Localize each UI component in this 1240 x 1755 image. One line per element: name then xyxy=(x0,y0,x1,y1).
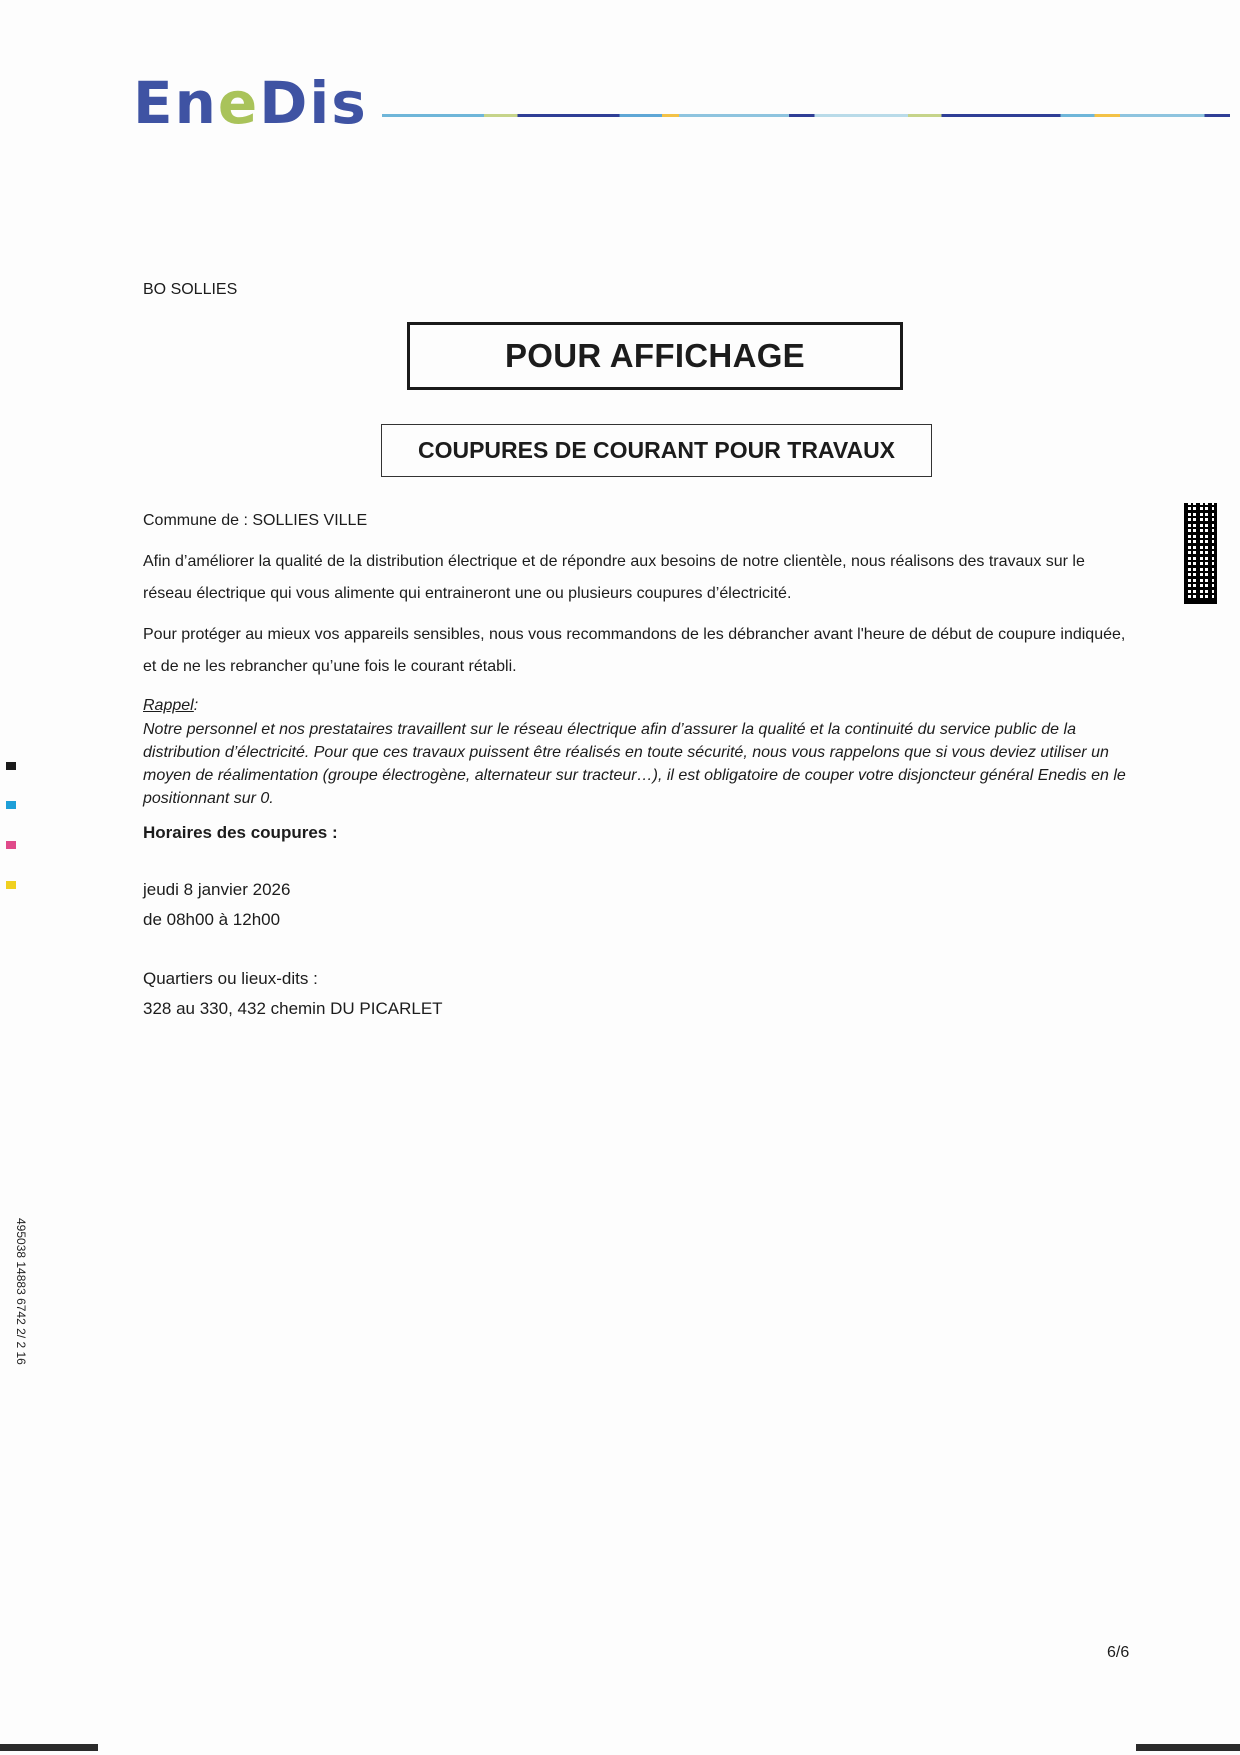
notice-title: POUR AFFICHAGE xyxy=(407,322,903,390)
side-tracking-code: 495038 14883 6742 2/ 2 16 xyxy=(6,1218,30,1418)
rappel-heading: Rappel : xyxy=(143,697,198,715)
commune-label: Commune de : SOLLIES VILLE xyxy=(143,511,367,532)
print-mark-magenta xyxy=(6,841,16,849)
locations-heading: Quartiers ou lieux-dits : xyxy=(143,969,318,989)
locations-address: 328 au 330, 432 chemin DU PICARLET xyxy=(143,999,443,1019)
notice-subtitle: COUPURES DE COURANT POUR TRAVAUX xyxy=(381,424,932,477)
schedule-time: de 08h00 à 12h00 xyxy=(143,910,280,930)
schedule-date: jeudi 8 janvier 2026 xyxy=(143,880,290,900)
datamatrix-code xyxy=(1184,503,1217,604)
intro-paragraph: Afin d’améliorer la qualité de la distri… xyxy=(143,546,1133,610)
footer-bar-right xyxy=(1136,1744,1240,1751)
print-mark-cyan xyxy=(6,801,16,809)
page-number: 6/6 xyxy=(1107,1644,1129,1662)
footer-bar-left xyxy=(0,1744,98,1751)
rappel-text: Notre personnel et nos prestataires trav… xyxy=(143,718,1133,810)
print-mark-black xyxy=(6,762,16,770)
schedule-heading: Horaires des coupures : xyxy=(143,823,338,843)
header-divider xyxy=(382,114,1230,117)
sender-label: BO SOLLIES xyxy=(143,280,237,301)
enedis-logo: EneDis xyxy=(133,74,368,132)
advice-paragraph: Pour protéger au mieux vos appareils sen… xyxy=(143,619,1133,683)
print-mark-yellow xyxy=(6,881,16,889)
